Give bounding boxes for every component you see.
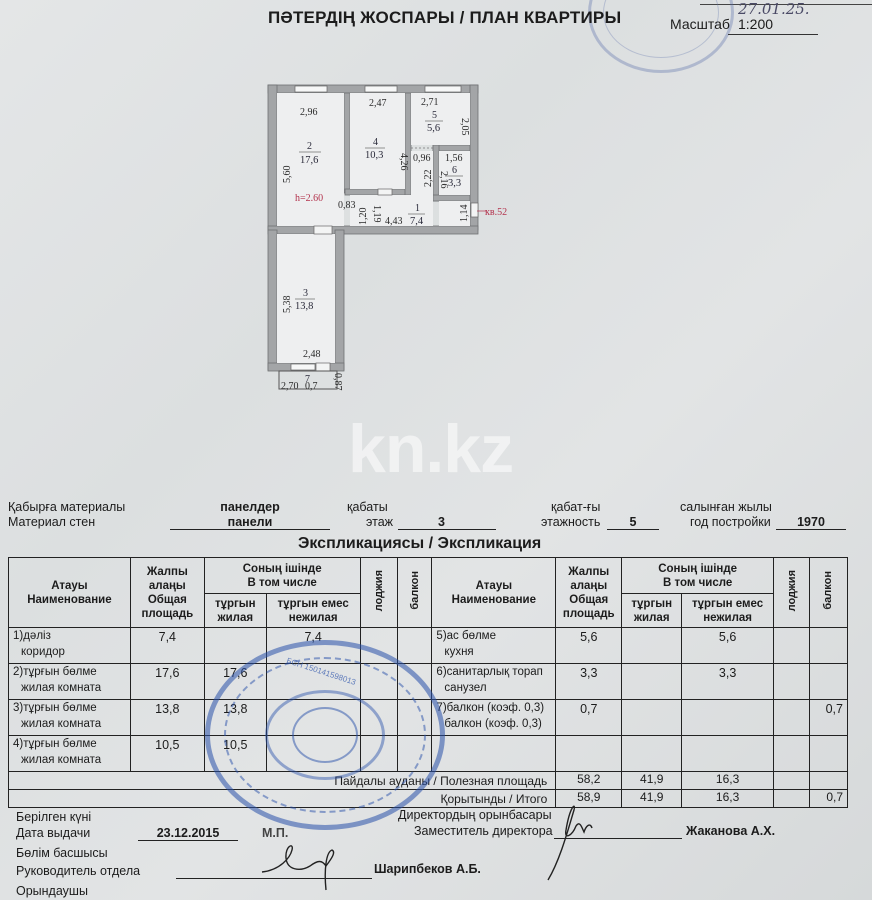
signatures bbox=[0, 0, 872, 900]
